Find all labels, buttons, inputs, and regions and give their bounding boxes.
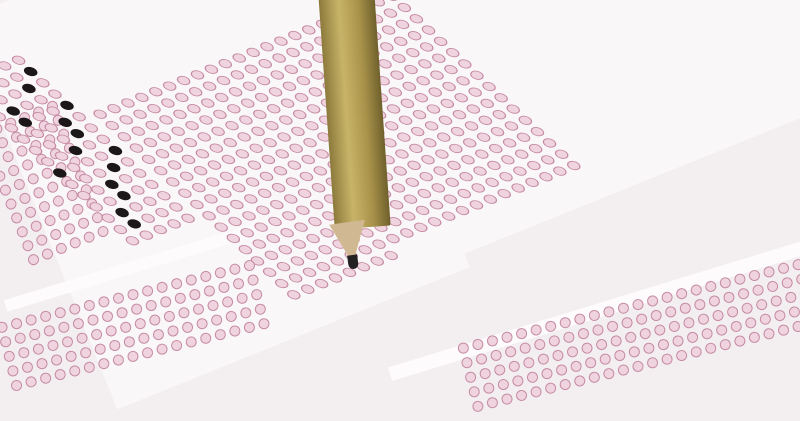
answer-bubble bbox=[722, 291, 735, 304]
answer-bubble bbox=[283, 176, 302, 188]
answer-bubble bbox=[452, 92, 471, 104]
answer-bubble bbox=[555, 363, 568, 376]
answer-bubble bbox=[394, 131, 413, 143]
answer-bubble bbox=[580, 342, 593, 355]
answer-bubble bbox=[405, 29, 424, 41]
answer-bubble bbox=[54, 368, 67, 381]
answer-bubble bbox=[9, 211, 23, 225]
answer-bubble bbox=[214, 266, 227, 279]
answer-bubble bbox=[471, 400, 484, 413]
answer-bubble bbox=[245, 159, 264, 171]
answer-bubble bbox=[40, 139, 59, 151]
answer-bubble bbox=[143, 119, 162, 131]
answer-bubble bbox=[646, 356, 659, 369]
answer-bubble bbox=[591, 323, 604, 336]
answer-bubble bbox=[388, 69, 407, 81]
answer-bubble bbox=[250, 238, 269, 250]
answer-bubble bbox=[733, 334, 746, 347]
answer-bubble bbox=[72, 317, 85, 330]
answer-bubble bbox=[195, 317, 208, 330]
answer-bubble bbox=[424, 103, 443, 115]
answer-bubble bbox=[295, 187, 314, 199]
answer-bubble bbox=[0, 321, 9, 334]
answer-bubble bbox=[795, 273, 800, 286]
answer-bubble bbox=[255, 187, 274, 199]
answer-bubble bbox=[24, 375, 37, 388]
answer-bubble bbox=[573, 374, 586, 387]
answer-bubble bbox=[285, 159, 304, 171]
answer-bubble bbox=[450, 108, 469, 120]
answer-bubble bbox=[243, 176, 262, 188]
answer-bubble bbox=[515, 327, 528, 340]
answer-bubble bbox=[511, 374, 524, 387]
answer-bubble bbox=[418, 153, 437, 165]
answer-bubble bbox=[381, 7, 400, 19]
answer-bubble bbox=[396, 114, 415, 126]
answer-bubble bbox=[235, 131, 254, 143]
answer-bubble bbox=[496, 171, 515, 183]
answer-bubble bbox=[100, 195, 119, 207]
answer-bubble bbox=[224, 103, 243, 115]
answer-bubble bbox=[606, 320, 619, 333]
answer-bubble bbox=[97, 295, 110, 308]
answer-bubble bbox=[210, 108, 229, 120]
answer-bubble bbox=[203, 284, 216, 297]
answer-bubble bbox=[693, 298, 706, 311]
answer-bubble bbox=[377, 41, 396, 53]
answer-bubble bbox=[417, 170, 436, 182]
answer-bubble bbox=[389, 52, 408, 64]
answer-bubble bbox=[17, 346, 30, 359]
answer-bubble bbox=[76, 216, 90, 230]
answer-bubble bbox=[108, 339, 121, 352]
answer-bubble bbox=[37, 200, 51, 214]
answer-bubble bbox=[392, 148, 411, 160]
answer-bubble bbox=[174, 292, 187, 305]
answer-bubble bbox=[239, 210, 258, 222]
answer-bubble bbox=[66, 144, 85, 156]
answer-bubble bbox=[205, 159, 224, 171]
answer-bubble bbox=[400, 80, 419, 92]
answer-bubble bbox=[146, 86, 165, 98]
answer-bubble bbox=[620, 316, 633, 329]
answer-bubble bbox=[30, 110, 49, 122]
answer-bubble bbox=[401, 63, 420, 75]
answer-bubble bbox=[471, 338, 484, 351]
answer-bubble bbox=[397, 227, 416, 239]
answer-bubble bbox=[383, 232, 402, 244]
answer-bubble bbox=[296, 58, 315, 70]
answer-bubble bbox=[748, 331, 761, 344]
answer-bubble bbox=[75, 332, 88, 345]
answer-bubble bbox=[384, 103, 403, 115]
answer-bubble bbox=[300, 266, 319, 278]
answer-bubble bbox=[229, 181, 248, 193]
answer-bubble bbox=[50, 353, 63, 366]
answer-bubble bbox=[14, 331, 27, 344]
answer-bubble bbox=[406, 142, 425, 154]
answer-bubble bbox=[284, 46, 303, 58]
answer-bubble bbox=[35, 357, 48, 370]
answer-bubble bbox=[209, 125, 228, 137]
answer-bubble bbox=[559, 316, 572, 329]
answer-bubble bbox=[412, 91, 431, 103]
answer-bubble bbox=[551, 349, 564, 362]
answer-bubble bbox=[470, 165, 489, 177]
answer-bubble bbox=[715, 323, 728, 336]
answer-bubble bbox=[302, 249, 321, 261]
answer-bubble bbox=[5, 88, 24, 100]
answer-bubble bbox=[483, 176, 502, 188]
answer-bubble bbox=[64, 350, 77, 363]
answer-bubble bbox=[199, 270, 212, 283]
answer-bubble bbox=[167, 142, 186, 154]
answer-bubble bbox=[646, 294, 659, 307]
answer-bubble bbox=[233, 148, 252, 160]
answer-bubble bbox=[307, 198, 326, 210]
answer-bubble bbox=[231, 165, 250, 177]
answer-bubble bbox=[83, 361, 96, 374]
answer-bubble bbox=[238, 97, 257, 109]
answer-bubble bbox=[730, 320, 743, 333]
answer-bubble bbox=[773, 309, 786, 322]
answer-bubble bbox=[29, 219, 43, 233]
answer-bubble bbox=[172, 91, 191, 103]
answer-bubble bbox=[188, 69, 207, 81]
answer-bubble bbox=[529, 385, 542, 398]
answer-bubble bbox=[305, 215, 324, 227]
answer-bubble bbox=[282, 63, 301, 75]
answer-bubble bbox=[68, 364, 81, 377]
answer-bubble bbox=[43, 213, 57, 227]
answer-bubble bbox=[246, 273, 259, 286]
answer-bubble bbox=[439, 210, 458, 222]
answer-bubble bbox=[232, 277, 245, 290]
answer-bubble bbox=[281, 193, 300, 205]
answer-bubble bbox=[475, 352, 488, 365]
answer-sheet-photo bbox=[0, 0, 800, 421]
answer-bubble bbox=[291, 221, 310, 233]
answer-bubble bbox=[474, 131, 493, 143]
answer-bubble bbox=[152, 206, 171, 218]
answer-bubble bbox=[274, 131, 293, 143]
answer-bubble bbox=[262, 249, 281, 261]
answer-bubble bbox=[610, 334, 623, 347]
answer-bubble bbox=[690, 345, 703, 358]
answer-bubble bbox=[489, 349, 502, 362]
answer-bubble bbox=[431, 165, 450, 177]
answer-bubble bbox=[35, 233, 49, 247]
answer-bubble bbox=[16, 116, 35, 128]
answer-bubble bbox=[405, 159, 424, 171]
answer-bubble bbox=[660, 291, 673, 304]
answer-bubble bbox=[238, 227, 257, 239]
answer-bubble bbox=[762, 265, 775, 278]
answer-bubble bbox=[51, 194, 65, 208]
answer-bubble bbox=[94, 342, 107, 355]
answer-bubble bbox=[202, 63, 221, 75]
answer-bubble bbox=[495, 187, 514, 199]
answer-bubble bbox=[49, 227, 63, 241]
answer-bubble bbox=[207, 142, 226, 154]
answer-bubble bbox=[562, 331, 575, 344]
answer-bubble bbox=[410, 108, 429, 120]
answer-bubble bbox=[386, 86, 405, 98]
answer-bubble bbox=[302, 120, 321, 132]
answer-bubble bbox=[217, 281, 230, 294]
answer-bubble bbox=[76, 172, 95, 184]
answer-bubble bbox=[617, 363, 630, 376]
answer-bubble bbox=[515, 389, 528, 402]
answer-bubble bbox=[262, 119, 281, 131]
answer-bubble bbox=[129, 125, 148, 137]
answer-bubble bbox=[559, 378, 572, 391]
answer-bubble bbox=[228, 263, 241, 276]
answer-bubble bbox=[39, 310, 52, 323]
answer-bubble bbox=[123, 335, 136, 348]
answer-bubble bbox=[389, 182, 408, 194]
answer-bubble bbox=[704, 280, 717, 293]
answer-bubble bbox=[387, 199, 406, 211]
answer-bubble bbox=[102, 178, 121, 190]
answer-bubble bbox=[529, 323, 542, 336]
answer-bubble bbox=[426, 86, 445, 98]
answer-bubble bbox=[54, 133, 73, 145]
answer-bubble bbox=[635, 312, 648, 325]
answer-bubble bbox=[512, 148, 531, 160]
answer-bubble bbox=[457, 170, 476, 182]
answer-bubble bbox=[290, 238, 309, 250]
answer-bubble bbox=[444, 159, 463, 171]
answer-bubble bbox=[602, 305, 615, 318]
answer-bubble bbox=[438, 97, 457, 109]
answer-bubble bbox=[71, 202, 85, 216]
answer-bubble bbox=[0, 169, 7, 183]
answer-bubble bbox=[653, 323, 666, 336]
answer-bubble bbox=[370, 238, 389, 250]
answer-bubble bbox=[453, 75, 472, 87]
answer-bubble bbox=[650, 309, 663, 322]
answer-bubble bbox=[588, 309, 601, 322]
answer-bubble bbox=[250, 288, 263, 301]
answer-bubble bbox=[222, 119, 241, 131]
answer-bubble bbox=[261, 136, 280, 148]
answer-bubble bbox=[660, 352, 673, 365]
answer-bubble bbox=[188, 288, 201, 301]
answer-bubble bbox=[422, 120, 441, 132]
answer-bubble bbox=[219, 153, 238, 165]
answer-bubble bbox=[228, 69, 247, 81]
answer-bubble bbox=[464, 103, 483, 115]
answer-bubble bbox=[78, 156, 97, 168]
answer-bubble bbox=[631, 360, 644, 373]
answer-bubble bbox=[391, 35, 410, 47]
answer-bubble bbox=[44, 105, 63, 117]
answer-bubble bbox=[117, 114, 136, 126]
answer-bubble bbox=[177, 170, 196, 182]
answer-bubble bbox=[276, 114, 295, 126]
answer-bubble bbox=[213, 204, 232, 216]
answer-bubble bbox=[250, 108, 269, 120]
answer-bubble bbox=[217, 170, 236, 182]
answer-bubble bbox=[118, 97, 137, 109]
answer-bubble bbox=[79, 346, 92, 359]
answer-bubble bbox=[267, 198, 286, 210]
answer-bubble bbox=[279, 210, 298, 222]
answer-bubble bbox=[210, 313, 223, 326]
answer-bubble bbox=[28, 127, 47, 139]
answer-bubble bbox=[116, 173, 135, 185]
answer-bubble bbox=[32, 342, 45, 355]
answer-bubble bbox=[130, 302, 143, 315]
answer-bubble bbox=[441, 193, 460, 205]
answer-bubble bbox=[498, 154, 517, 166]
answer-bubble bbox=[169, 125, 188, 137]
answer-bubble bbox=[184, 102, 203, 114]
answer-bubble bbox=[80, 139, 99, 151]
answer-bubble bbox=[177, 306, 190, 319]
answer-bubble bbox=[462, 120, 481, 132]
answer-bubble bbox=[155, 281, 168, 294]
answer-bubble bbox=[201, 193, 220, 205]
answer-bubble bbox=[278, 227, 297, 239]
answer-bubble bbox=[460, 137, 479, 149]
answer-bubble bbox=[68, 302, 81, 315]
answer-bubble bbox=[420, 137, 439, 149]
answer-bubble bbox=[642, 342, 655, 355]
answer-bubble bbox=[762, 327, 775, 340]
answer-bubble bbox=[54, 306, 67, 319]
answer-bubble bbox=[675, 349, 688, 362]
answer-bubble bbox=[212, 91, 231, 103]
answer-bubble bbox=[257, 41, 276, 53]
answer-bubble bbox=[131, 108, 150, 120]
answer-bubble bbox=[269, 181, 288, 193]
answer-bubble bbox=[206, 299, 219, 312]
answer-bubble bbox=[668, 320, 681, 333]
answer-bubble bbox=[23, 205, 37, 219]
answer-bubble bbox=[457, 341, 470, 354]
answer-bubble bbox=[248, 125, 267, 137]
answer-bubble bbox=[788, 305, 800, 318]
answer-bubble bbox=[391, 165, 410, 177]
answer-bubble bbox=[740, 302, 753, 315]
answer-bubble bbox=[158, 97, 177, 109]
answer-bubble bbox=[270, 52, 289, 64]
answer-bubble bbox=[479, 367, 492, 380]
answer-bubble bbox=[288, 125, 307, 137]
answer-bubble bbox=[299, 24, 318, 36]
answer-bubble bbox=[726, 305, 739, 318]
answer-bubble bbox=[112, 292, 125, 305]
answer-bubble bbox=[481, 193, 500, 205]
answer-bubble bbox=[0, 335, 12, 348]
answer-bubble bbox=[429, 182, 448, 194]
answer-bubble bbox=[174, 74, 193, 86]
bubble-grid-bottom-right bbox=[457, 258, 800, 413]
answer-bubble bbox=[198, 97, 217, 109]
answer-bubble bbox=[509, 182, 528, 194]
answer-bubble bbox=[215, 187, 234, 199]
answer-bubble bbox=[26, 172, 40, 186]
answer-bubble bbox=[427, 199, 446, 211]
answer-bubble bbox=[440, 80, 459, 92]
answer-bubble bbox=[777, 323, 790, 336]
answer-bubble bbox=[0, 136, 10, 150]
answer-bubble bbox=[569, 360, 582, 373]
answer-bubble bbox=[526, 142, 545, 154]
answer-bubble bbox=[460, 356, 473, 369]
answer-bubble bbox=[455, 187, 474, 199]
answer-bubble bbox=[165, 159, 184, 171]
answer-bubble bbox=[18, 99, 37, 111]
answer-bubble bbox=[770, 294, 783, 307]
answer-bubble bbox=[105, 102, 124, 114]
answer-bubble bbox=[128, 184, 147, 196]
answer-bubble bbox=[573, 312, 586, 325]
answer-bubble bbox=[493, 363, 506, 376]
answer-bubble bbox=[624, 331, 637, 344]
answer-bubble bbox=[398, 97, 417, 109]
answer-bubble bbox=[401, 193, 420, 205]
answer-bubble bbox=[214, 74, 233, 86]
answer-bubble bbox=[791, 258, 800, 271]
answer-bubble bbox=[751, 283, 764, 296]
answer-bubble bbox=[540, 367, 553, 380]
answer-bubble bbox=[61, 335, 74, 348]
answer-bubble bbox=[241, 193, 260, 205]
answer-bubble bbox=[253, 204, 272, 216]
answer-bubble bbox=[278, 97, 297, 109]
answer-bubble bbox=[446, 142, 465, 154]
answer-bubble bbox=[6, 364, 19, 377]
answer-bubble bbox=[679, 302, 692, 315]
answer-bubble bbox=[613, 349, 626, 362]
answer-bubble bbox=[242, 63, 261, 75]
answer-bubble bbox=[472, 148, 491, 160]
answer-bubble bbox=[247, 142, 266, 154]
answer-bubble bbox=[227, 198, 246, 210]
answer-bubble bbox=[427, 69, 446, 81]
answer-bubble bbox=[300, 136, 319, 148]
answer-bubble bbox=[458, 154, 477, 166]
answer-bubble bbox=[200, 80, 219, 92]
answer-bubble bbox=[153, 148, 172, 160]
answer-bubble bbox=[294, 74, 313, 86]
answer-bubble bbox=[3, 350, 16, 363]
answer-bubble bbox=[526, 371, 539, 384]
answer-bubble bbox=[86, 313, 99, 326]
answer-bubble bbox=[15, 225, 29, 239]
answer-bubble bbox=[236, 114, 255, 126]
answer-bubble bbox=[21, 239, 35, 253]
answer-bubble bbox=[57, 208, 71, 222]
answer-bubble bbox=[68, 127, 87, 139]
answer-bubble bbox=[288, 255, 307, 267]
answer-bubble bbox=[1, 149, 15, 163]
answer-bubble bbox=[254, 74, 273, 86]
answer-bubble bbox=[104, 161, 123, 173]
answer-bubble bbox=[159, 295, 172, 308]
answer-bubble bbox=[12, 177, 26, 191]
answer-bubble bbox=[664, 305, 677, 318]
answer-bubble bbox=[536, 171, 555, 183]
answer-bubble bbox=[221, 136, 240, 148]
answer-bubble bbox=[393, 18, 412, 30]
answer-bubble bbox=[140, 195, 159, 207]
answer-bubble bbox=[434, 131, 453, 143]
answer-bubble bbox=[83, 299, 96, 312]
